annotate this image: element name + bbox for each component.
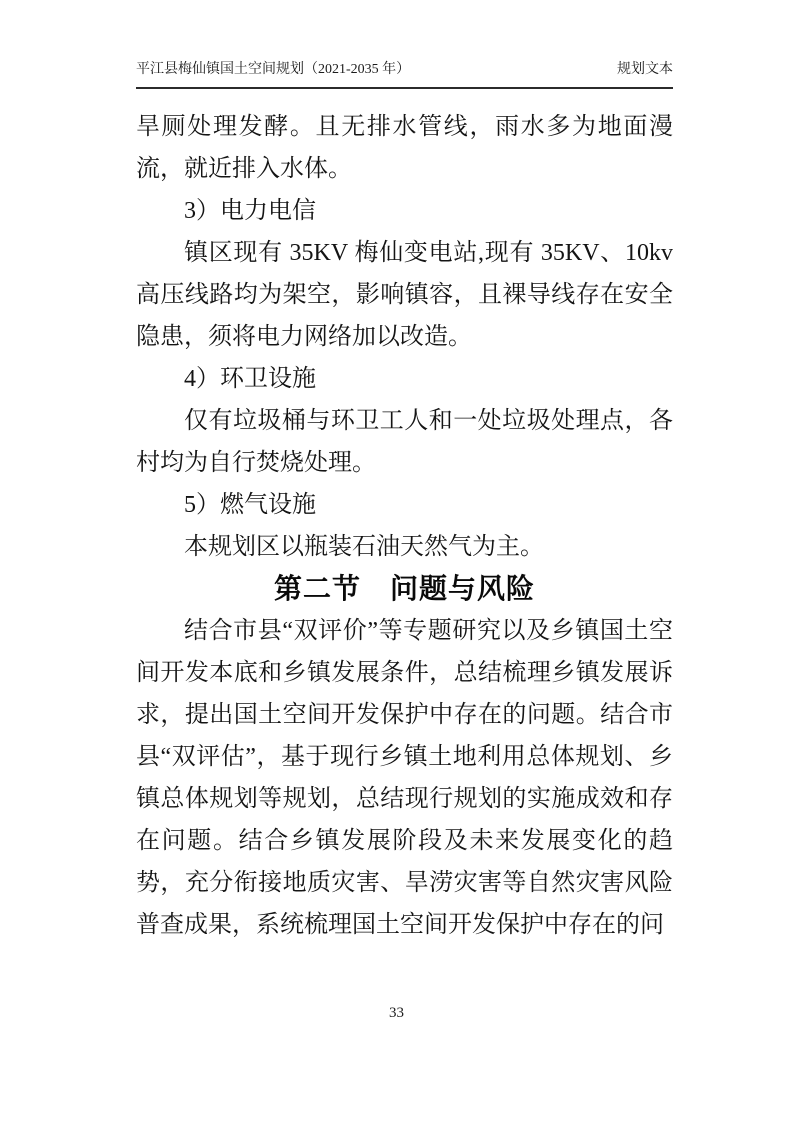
paragraph-sanitation: 仅有垃圾桶与环卫工人和一处垃圾处理点，各村均为自行焚烧处理。 — [136, 400, 673, 484]
page-footer: 33 — [0, 1004, 793, 1022]
subsection-heading-power-telecom: 3）电力电信 — [136, 190, 673, 232]
header-document-title: 平江县梅仙镇国土空间规划（2021-2035 年） — [136, 61, 410, 78]
page-number: 33 — [389, 1005, 404, 1021]
document-body: 旱厕处理发酵。且无排水管线，雨水多为地面漫流，就近排入水体。 3）电力电信 镇区… — [136, 106, 673, 946]
section-heading-problems-and-risks: 第二节 问题与风险 — [136, 568, 673, 610]
subsection-heading-gas: 5）燃气设施 — [136, 484, 673, 526]
document-page: 平江县梅仙镇国土空间规划（2021-2035 年） 规划文本 旱厕处理发酵。且无… — [0, 0, 793, 1122]
paragraph-problems-and-risks: 结合市县“双评价”等专题研究以及乡镇国土空间开发本底和乡镇发展条件，总结梳理乡镇… — [136, 610, 673, 946]
paragraph-gas: 本规划区以瓶装石油天然气为主。 — [136, 526, 673, 568]
page-header: 平江县梅仙镇国土空间规划（2021-2035 年） 规划文本 — [136, 61, 673, 78]
subsection-heading-sanitation: 4）环卫设施 — [136, 358, 673, 400]
header-document-type-label: 规划文本 — [617, 61, 673, 78]
paragraph-power-telecom: 镇区现有 35KV 梅仙变电站,现有 35KV、10kv 高压线路均为架空，影响… — [136, 232, 673, 358]
header-rule — [136, 87, 673, 89]
paragraph-continuation: 旱厕处理发酵。且无排水管线，雨水多为地面漫流，就近排入水体。 — [136, 106, 673, 190]
